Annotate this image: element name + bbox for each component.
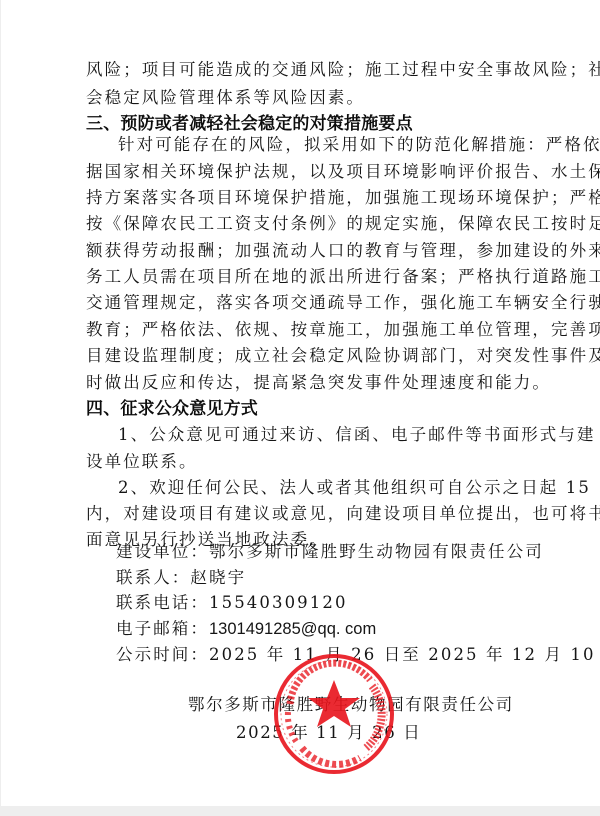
contact-period-label: 公示时间： xyxy=(116,645,209,664)
body-line: 务工人员需在项目所在地的派出所进行备案；严格执行道路施工 xyxy=(86,264,526,290)
section-heading-4: 四、征求公众意见方式 xyxy=(86,396,526,422)
official-seal-icon xyxy=(272,652,396,776)
body-line: 2、欢迎任何公民、法人或者其他组织可自公示之日起 15 日 xyxy=(86,475,558,501)
contact-phone-label: 联系电话： xyxy=(116,593,209,612)
body-line: 设单位联系。 xyxy=(86,449,526,475)
page-bottom-edge xyxy=(0,806,600,816)
body-line: 时做出反应和传达，提高紧急突发事件处理速度和能力。 xyxy=(86,370,526,396)
contact-unit-label: 建设单位： xyxy=(116,542,209,561)
contact-email-value: 1301491285@qq. com xyxy=(209,620,376,638)
body-line: 风险；项目可能造成的交通风险；施工过程中安全事故风险；社 xyxy=(86,57,526,83)
body-line: 1、公众意见可通过来访、信函、电子邮件等书面形式与建 xyxy=(86,422,558,448)
contact-email: 电子邮箱：1301491285@qq. com xyxy=(116,616,556,642)
body-line: 持方案落实各项目环境保护措施，加强施工现场环境保护；严格 xyxy=(86,185,526,211)
body-line: 教育；严格依法、依规、按章施工，加强施工单位管理，完善项 xyxy=(86,317,526,343)
contact-email-label: 电子邮箱： xyxy=(116,619,209,638)
body-line: 据国家相关环境保护法规，以及项目环境影响评价报告、水土保 xyxy=(86,159,526,185)
contact-phone-value: 15540309120 xyxy=(209,593,348,612)
contact-unit-value: 鄂尔多斯市隆胜野生动物园有限责任公司 xyxy=(209,542,544,561)
body-line: 额获得劳动报酬；加强流动人口的教育与管理，参加建设的外来 xyxy=(86,238,526,264)
contact-phone: 联系电话：15540309120 xyxy=(116,590,556,616)
contact-person: 联系人：赵晓宇 xyxy=(116,565,556,591)
contact-person-label: 联系人： xyxy=(116,568,190,587)
body-line: 针对可能存在的风险，拟采用如下的防范化解措施：严格依 xyxy=(86,132,558,158)
body-line: 内，对建设项目有建议或意见，向建设项目单位提出，也可将书 xyxy=(86,501,526,527)
contact-person-value: 赵晓宇 xyxy=(190,568,246,587)
contact-period-value: 2025 年 11 月 26 日至 2025 年 12 月 10 日 xyxy=(209,645,600,664)
body-line: 交通管理规定，落实各项交通疏导工作，强化施工车辆安全行驶 xyxy=(86,290,526,316)
body-line: 会稳定风险管理体系等风险因素。 xyxy=(86,85,526,111)
body-line: 按《保障农民工工资支付条例》的规定实施，保障农民工按时足 xyxy=(86,211,526,237)
contact-unit: 建设单位：鄂尔多斯市隆胜野生动物园有限责任公司 xyxy=(116,539,556,565)
body-line: 目建设监理制度；成立社会稳定风险协调部门，对突发性事件及 xyxy=(86,343,526,369)
document-page: 风险；项目可能造成的交通风险；施工过程中安全事故风险；社 会稳定风险管理体系等风… xyxy=(0,0,600,806)
